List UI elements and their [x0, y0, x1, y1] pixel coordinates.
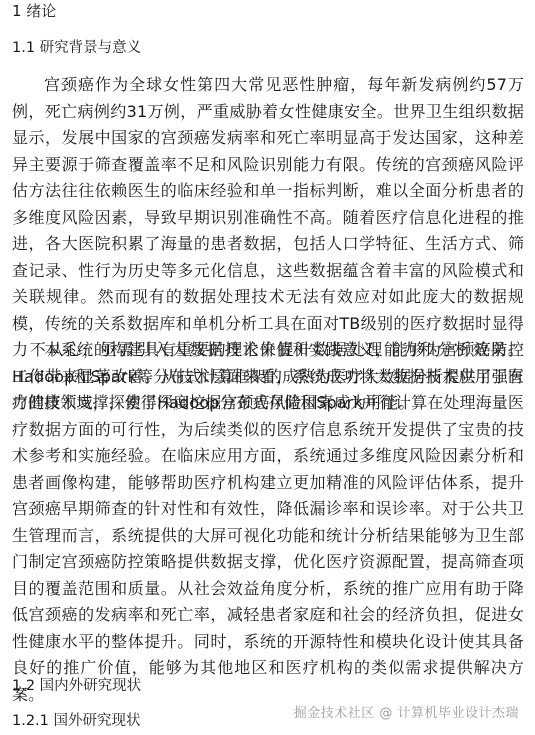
paragraph-significance: 本系统的构建具有重要的理论价值和实践意义，能够为宫颈癌防控工作带来显著改善。从技…: [12, 337, 524, 708]
section-heading-1-2-1: 1.2.1 国外研究现状: [12, 710, 141, 732]
section-heading-1-1: 1.1 研究背景与意义: [12, 37, 141, 59]
watermark: 掘金技术社区 @ 计算机毕业设计杰瑞: [294, 702, 519, 721]
chapter-heading: 1 绪论: [12, 0, 56, 22]
section-heading-1-2: 1.2 国内外研究现状: [12, 675, 141, 697]
